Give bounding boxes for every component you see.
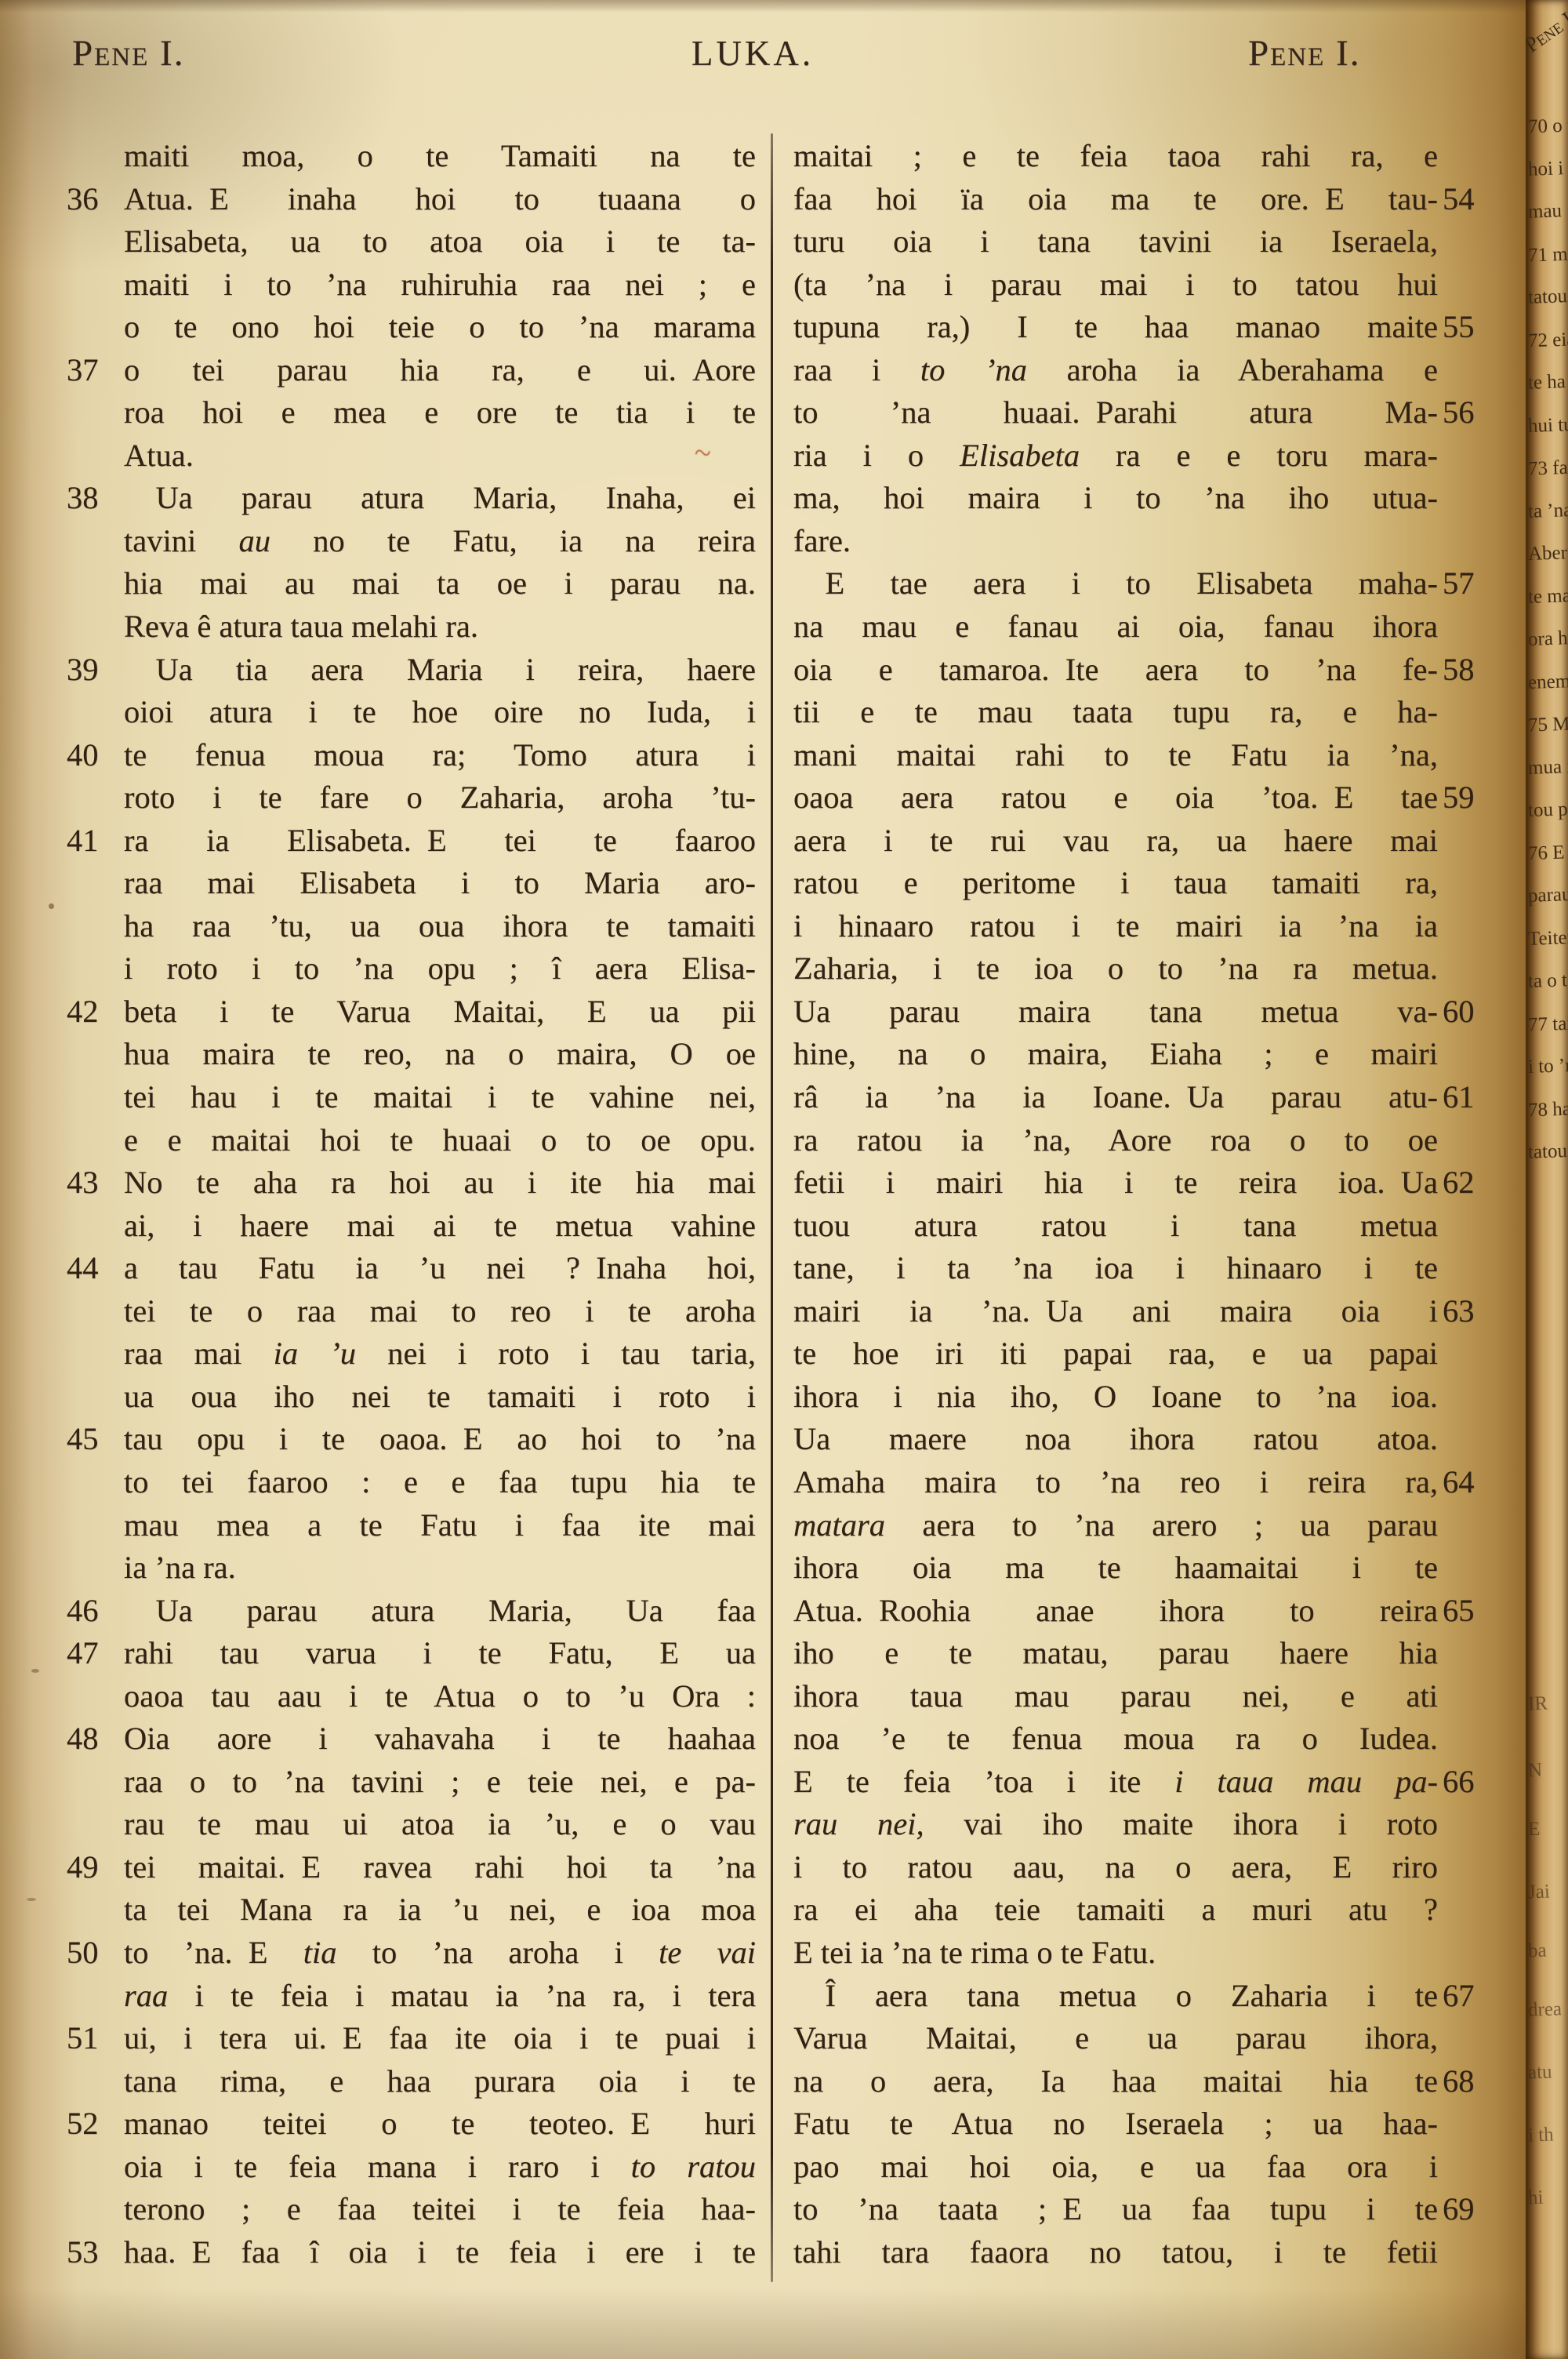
next-page-text-fragment: atu <box>1528 2062 1552 2083</box>
verse-line: raa i to ’na aroha ia Aberahama e <box>793 349 1438 392</box>
verse-line: Zaharia, i te ioa o to ’na ra metua. <box>793 947 1438 990</box>
verse-text: ia ’na ra. <box>124 1547 756 1590</box>
verse-text: to ’na huaai. Parahi atura Ma- <box>793 391 1438 434</box>
verse-line: 37o tei parau hia ra, e ui. Aore <box>124 349 756 392</box>
verse-line: 49tei maitai. E ravea rahi hoi ta ’na <box>124 1846 756 1889</box>
verse-line: maiti moa, o te Tamaiti na te <box>124 135 756 178</box>
verse-line: oaoa tau aau i te Atua o to ’u Ora : <box>124 1675 756 1718</box>
verse-text: ra ia Elisabeta. E tei te faaroo <box>124 820 756 863</box>
verse-line: 58oia e tamaroa. Ite aera to ’na fe- <box>793 649 1438 692</box>
verse-text: Atua. E inaha hoi to tuaana o <box>124 178 756 221</box>
next-page-text-fragment: 71 mai a <box>1528 243 1568 266</box>
verse-line: tii e te mau taata tupu ra, e ha- <box>793 691 1438 734</box>
verse-line: 38 Ua parau atura Maria, Inaha, ei <box>124 477 756 520</box>
next-page-text-fragment: IR <box>1528 1694 1548 1715</box>
next-page-text-fragment: te ha <box>1528 372 1566 394</box>
verse-number: 55 <box>1439 306 1505 349</box>
verse-number: 39 <box>67 649 118 692</box>
verse-text: rau te mau ui atoa ia ’u, e o vau <box>124 1803 756 1846</box>
verse-line: roa hoi e mea e ore te tia i te <box>124 391 756 434</box>
verse-number: 46 <box>67 1590 118 1633</box>
verse-line: 40te fenua moua ra; Tomo atura i <box>124 734 756 777</box>
verse-number: 67 <box>1439 1975 1505 2018</box>
verse-text: Atua. Roohia anae ihora to reira <box>793 1590 1438 1633</box>
verse-line: ra ei aha teie tamaiti a muri atu ? <box>793 1888 1438 1932</box>
next-page-text-fragment: hi <box>1528 2188 1544 2209</box>
running-head-right: Pene I. <box>1248 33 1360 74</box>
verse-number: 38 <box>67 477 118 520</box>
verse-line: oioi atura i te hoe oire no Iuda, i <box>124 691 756 734</box>
verse-line: 47rahi tau varua i te Fatu, E ua <box>124 1632 756 1675</box>
verse-line: tane, i ta ’na ioa i hinaaro i te <box>793 1247 1438 1290</box>
verse-number: 49 <box>67 1846 118 1889</box>
verse-text: ra ei aha teie tamaiti a muri atu ? <box>793 1888 1438 1932</box>
verse-text: pao mai hoi oia, e ua faa ora i <box>793 2146 1438 2189</box>
verse-text: tahi tara faaora no tatou, i te fetii <box>793 2231 1438 2274</box>
verse-number: 43 <box>67 1161 118 1205</box>
verse-text: raa i te feia i matau ia ’na ra, i tera <box>124 1975 756 2018</box>
verse-line: ha raa ’tu, ua oua ihora te tamaiti <box>124 905 756 948</box>
verse-line: i roto i to ’na opu ; î aera Elisa- <box>124 947 756 990</box>
verse-line: 53haa. E faa î oia i te feia i ere i te <box>124 2231 756 2274</box>
verse-line: terono ; e faa teitei i te feia haa- <box>124 2188 756 2231</box>
verse-line: i hinaaro ratou i te mairi ia ’na ia <box>793 905 1438 948</box>
verse-line: 68na o aera, Ia haa maitai hia te <box>793 2060 1438 2103</box>
verse-text: tei te o raa mai to reo i te aroha <box>124 1290 756 1333</box>
verse-text: tei maitai. E ravea rahi hoi ta ’na <box>124 1846 756 1889</box>
verse-text: ui, i tera ui. E faa ite oia i te puai i <box>124 2017 756 2060</box>
next-page-text-fragment: drea <box>1528 1999 1563 2020</box>
verse-text: (ta ’na i parau mai i to tatou hui <box>793 264 1438 307</box>
verse-number: 62 <box>1439 1161 1505 1205</box>
verse-text: ra ratou ia ’na, Aore roa o to oe <box>793 1119 1438 1162</box>
verse-line: ihora taua mau parau nei, e ati <box>793 1675 1438 1718</box>
verse-text: matara aera to ’na arero ; ua parau <box>793 1504 1438 1547</box>
verse-number: 64 <box>1439 1461 1505 1504</box>
verse-line: mau mea a te Fatu i faa ite mai <box>124 1504 756 1547</box>
verse-line: tana rima, e haa purara oia i te <box>124 2060 756 2103</box>
verse-number: 52 <box>67 2103 118 2146</box>
running-head-left: Pene I. <box>72 33 184 74</box>
next-page-text-fragment: Teitei <box>1528 928 1568 950</box>
verse-text: e e maitai hoi te huaai o to oe opu. <box>124 1119 756 1162</box>
verse-text: tei hau i te maitai i te vahine nei, <box>124 1076 756 1119</box>
verse-line: turu oia i tana tavini ia Iseraela, <box>793 220 1438 264</box>
verse-text: iho e te matau, parau haere hia <box>793 1632 1438 1675</box>
verse-text: Î aera tana metua o Zaharia i te <box>793 1975 1438 2018</box>
verse-line: raa mai Elisabeta i to Maria aro- <box>124 862 756 905</box>
verse-line: 66E te feia ’toa i ite i taua mau pa- <box>793 1761 1438 1804</box>
next-page-text-fragment: i th <box>1528 2125 1555 2146</box>
verse-line: 56to ’na huaai. Parahi atura Ma- <box>793 391 1438 434</box>
verse-line: (ta ’na i parau mai i to tatou hui <box>793 264 1438 307</box>
verse-text: Atua. <box>124 434 756 478</box>
verse-text: Ua maere noa ihora ratou atoa. <box>793 1418 1438 1461</box>
verse-text: E tae aera i to Elisabeta maha- <box>793 562 1438 605</box>
next-page-text-fragment: Jai <box>1528 1882 1551 1903</box>
verse-line: rau nei, vai iho maite ihora i roto <box>793 1803 1438 1846</box>
verse-line: ratou e peritome i taua tamaiti ra, <box>793 862 1438 905</box>
verse-line: 45tau opu i te oaoa. E ao hoi to ’na <box>124 1418 756 1461</box>
verse-text: Ua tia aera Maria i reira, haere <box>124 649 756 692</box>
verse-line: 36Atua. E inaha hoi to tuaana o <box>124 178 756 221</box>
verse-text: to ’na. E tia to ’na aroha i te vai <box>124 1932 756 1975</box>
verse-text: mau mea a te Fatu i faa ite mai <box>124 1504 756 1547</box>
verse-text: ha raa ’tu, ua oua ihora te tamaiti <box>124 905 756 948</box>
verse-number: 54 <box>1439 178 1505 221</box>
verse-line: ua oua iho nei te tamaiti i roto i <box>124 1376 756 1419</box>
verse-line: na mau e fanau ai oia, fanau ihora <box>793 605 1438 649</box>
verse-line: hua maira te reo, na o maira, O oe <box>124 1033 756 1076</box>
next-page-text-fragment: 70 o tan <box>1528 115 1568 138</box>
verse-text: Ua parau atura Maria, Ua faa <box>124 1590 756 1633</box>
verse-number: 53 <box>67 2231 118 2274</box>
verse-line: 69to ’na taata ; E ua faa tupu i te <box>793 2188 1438 2231</box>
verse-text: roto i te fare o Zaharia, aroha ’tu- <box>124 776 756 820</box>
page-speck <box>27 1898 36 1901</box>
verse-text: maiti i to ’na ruhiruhia raa nei ; e <box>124 264 756 307</box>
verse-text: oaoa tau aau i te Atua o to ’u Ora : <box>124 1675 756 1718</box>
verse-text: Reva ê atura taua melahi ra. <box>124 605 756 649</box>
verse-line: 51ui, i tera ui. E faa ite oia i te puai… <box>124 2017 756 2060</box>
next-page-text-fragment: ba <box>1528 1941 1548 1962</box>
next-page-text-fragment: hoi i <box>1528 158 1564 180</box>
verse-line: te hoe iri iti papai raa, e ua papai <box>793 1332 1438 1376</box>
verse-line: Fatu te Atua no Iseraela ; ua haa- <box>793 2103 1438 2146</box>
verse-text: o te ono hoi teie o to ’na marama <box>124 306 756 349</box>
verse-line: 59oaoa aera ratou e oia ’toa. E tae <box>793 776 1438 820</box>
verse-text: haa. E faa î oia i te feia i ere i te <box>124 2231 756 2274</box>
verse-number: 40 <box>67 734 118 777</box>
verse-text: tane, i ta ’na ioa i hinaaro i te <box>793 1247 1438 1290</box>
verse-line: 65Atua. Roohia anae ihora to reira <box>793 1590 1438 1633</box>
verse-line: 52manao teitei o te teoteo. E huri <box>124 2103 756 2146</box>
verse-line: aera i te rui vau ra, ua haere mai <box>793 820 1438 863</box>
next-page-text-fragment: 75 Ma te <box>1528 713 1568 736</box>
next-page-text-fragment: tou pu <box>1528 799 1568 821</box>
verse-line: o te ono hoi teie o to ’na marama <box>124 306 756 349</box>
next-page-text-fragment: 78 hara i <box>1528 1098 1568 1121</box>
verse-line: tahi tara faaora no tatou, i te fetii <box>793 2231 1438 2274</box>
verse-text: tuou atura ratou i tana metua <box>793 1205 1438 1248</box>
verse-text: Fatu te Atua no Iseraela ; ua haa- <box>793 2103 1438 2146</box>
verse-number: 50 <box>67 1932 118 1975</box>
page-speck <box>49 903 54 909</box>
verse-line: 63mairi ia ’na. Ua ani maira oia i <box>793 1290 1438 1333</box>
verse-number: 56 <box>1439 391 1505 434</box>
verse-number: 63 <box>1439 1290 1505 1333</box>
verse-text: tii e te mau taata tupu ra, e ha- <box>793 691 1438 734</box>
verse-line: 39 Ua tia aera Maria i reira, haere <box>124 649 756 692</box>
verse-text: tupuna ra,) I te haa manao maite <box>793 306 1438 349</box>
verse-number: 47 <box>67 1632 118 1675</box>
verse-text: fetii i mairi hia i te reira ioa. Ua <box>793 1161 1438 1205</box>
verse-text: Elisabeta, ua to atoa oia i te ta- <box>124 220 756 264</box>
next-page-text-fragment: N <box>1528 1761 1543 1782</box>
verse-text: manao teitei o te teoteo. E huri <box>124 2103 756 2146</box>
verse-line: 42beta i te Varua Maitai, E ua pii <box>124 990 756 1034</box>
verse-line: roto i te fare o Zaharia, aroha ’tu- <box>124 776 756 820</box>
verse-text: maitai ; e te feia taoa rahi ra, e <box>793 135 1438 178</box>
verse-text: oia e tamaroa. Ite aera to ’na fe- <box>793 649 1438 692</box>
verse-line: maitai ; e te feia taoa rahi ra, e <box>793 135 1438 178</box>
next-page-edge: Pene I 70 o tanhoi imau71 mai atatou72 e… <box>1526 0 1568 2359</box>
verse-text: i to ratou aau, na o aera, E riro <box>793 1846 1438 1889</box>
verse-number: 66 <box>1439 1761 1505 1804</box>
next-page-text-fragment: tatou <box>1528 1141 1568 1163</box>
verse-number: 59 <box>1439 776 1505 820</box>
verse-line: 67 Î aera tana metua o Zaharia i te <box>793 1975 1438 2018</box>
verse-text: oioi atura i te hoe oire no Iuda, i <box>124 691 756 734</box>
verse-number: 61 <box>1439 1076 1505 1119</box>
verse-text: i hinaaro ratou i te mairi ia ’na ia <box>793 905 1438 948</box>
verse-line: matara aera to ’na arero ; ua parau <box>793 1504 1438 1547</box>
verse-text: ihora oia ma te haamaitai i te <box>793 1547 1438 1590</box>
verse-text: maiti moa, o te Tamaiti na te <box>124 135 756 178</box>
next-page-text-fragment: ta ’na <box>1528 500 1568 522</box>
next-page-text-fragment: tatou <box>1528 286 1568 308</box>
verse-text: fare. <box>793 520 1438 563</box>
verse-text: i roto i to ’na opu ; î aera Elisa- <box>124 947 756 990</box>
next-page-text-fragment: ta o te <box>1528 970 1568 992</box>
verse-text: terono ; e faa teitei i te feia haa- <box>124 2188 756 2231</box>
verse-text: te hoe iri iti papai raa, e ua papai <box>793 1332 1438 1376</box>
verse-text: beta i te Varua Maitai, E ua pii <box>124 990 756 1034</box>
verse-line: 43No te aha ra hoi au i ite hia mai <box>124 1161 756 1205</box>
verse-text: raa o to ’na tavini ; e teie nei, e pa- <box>124 1761 756 1804</box>
verse-line: tavini au no te Fatu, ia na reira <box>124 520 756 563</box>
verse-line: 48Oia aore i vahavaha i te haahaa <box>124 1717 756 1761</box>
verse-text: mani maitai rahi to te Fatu ia ’na, <box>793 734 1438 777</box>
verse-text: oaoa aera ratou e oia ’toa. E tae <box>793 776 1438 820</box>
verse-line: 46 Ua parau atura Maria, Ua faa <box>124 1590 756 1633</box>
verse-text: raa mai Elisabeta i to Maria aro- <box>124 862 756 905</box>
next-page-text-fragment: 77 tai i te <box>1528 1012 1568 1035</box>
verse-text: hine, na o maira, Eiaha ; e mairi <box>793 1033 1438 1076</box>
verse-line: Atua. <box>124 434 756 478</box>
verse-line: E tei ia ’na te rima o te Fatu. <box>793 1932 1438 1975</box>
next-page-text-fragment: 72 eia ’t <box>1528 329 1568 351</box>
next-page-text-fragment: hui tu <box>1528 415 1568 437</box>
verse-text: ihora i nia iho, O Ioane to ’na ioa. <box>793 1376 1438 1419</box>
verse-number: 48 <box>67 1717 118 1761</box>
verse-line: to tei faaroo : e e faa tupu hia te <box>124 1461 756 1504</box>
verse-text: ihora taua mau parau nei, e ati <box>793 1675 1438 1718</box>
verse-text: tavini au no te Fatu, ia na reira <box>124 520 756 563</box>
verse-text: ai, i haere mai ai te metua vahine <box>124 1205 756 1248</box>
verse-line: tei te o raa mai to reo i te aroha <box>124 1290 756 1333</box>
verse-line: ria i o Elisabeta ra e e toru mara- <box>793 434 1438 478</box>
verse-line: Ua maere noa ihora ratou atoa. <box>793 1418 1438 1461</box>
verse-line: ta tei Mana ra ia ’u nei, e ioa moa <box>124 1888 756 1932</box>
verse-text: noa ’e te fenua moua ra o Iudea. <box>793 1717 1438 1761</box>
verse-text: E tei ia ’na te rima o te Fatu. <box>793 1932 1438 1975</box>
verse-text: na o aera, Ia haa maitai hia te <box>793 2060 1438 2103</box>
verse-line: hine, na o maira, Eiaha ; e mairi <box>793 1033 1438 1076</box>
verse-number: 68 <box>1439 2060 1505 2103</box>
verse-line: raa i te feia i matau ia ’na ra, i tera <box>124 1975 756 2018</box>
verse-line: raa mai ia ’u nei i roto i tau taria, <box>124 1332 756 1376</box>
verse-line: ma, hoi maira i to ’na iho utua- <box>793 477 1438 520</box>
verse-line: 54faa hoi ïa oia ma te ore. E tau- <box>793 178 1438 221</box>
verse-line: i to ratou aau, na o aera, E riro <box>793 1846 1438 1889</box>
verse-text: Zaharia, i te ioa o to ’na ra metua. <box>793 947 1438 990</box>
next-page-text-fragment: E <box>1528 1819 1541 1841</box>
verse-text: to ’na taata ; E ua faa tupu i te <box>793 2188 1438 2231</box>
verse-text: E te feia ’toa i ite i taua mau pa- <box>793 1761 1438 1804</box>
next-page-text-fragment: ora hi <box>1528 628 1568 650</box>
verse-line: Reva ê atura taua melahi ra. <box>124 605 756 649</box>
verse-line: ihora i nia iho, O Ioane to ’na ioa. <box>793 1376 1438 1419</box>
verse-text: Oia aore i vahavaha i te haahaa <box>124 1717 756 1761</box>
verse-line: oia i te feia mana i raro i to ratou <box>124 2146 756 2189</box>
verse-line: 60Ua parau maira tana metua va- <box>793 990 1438 1034</box>
verse-line: tuou atura ratou i tana metua <box>793 1205 1438 1248</box>
verse-number: 65 <box>1439 1590 1505 1633</box>
verse-number: 42 <box>67 990 118 1034</box>
verse-text: turu oia i tana tavini ia Iseraela, <box>793 220 1438 264</box>
verse-line: 44a tau Fatu ia ’u nei ? Inaha hoi, <box>124 1247 756 1290</box>
verse-line: mani maitai rahi to te Fatu ia ’na, <box>793 734 1438 777</box>
verse-line: 62fetii i mairi hia i te reira ioa. Ua <box>793 1161 1438 1205</box>
next-page-text-fragment: te ma <box>1528 586 1568 608</box>
verse-text: rau nei, vai iho maite ihora i roto <box>793 1803 1438 1846</box>
verse-number: 58 <box>1439 649 1505 692</box>
verse-text: raa i to ’na aroha ia Aberahama e <box>793 349 1438 392</box>
next-page-text-fragment: 73 faufaa <box>1528 456 1568 479</box>
verse-line: 41ra ia Elisabeta. E tei te faaroo <box>124 820 756 863</box>
verse-line: ai, i haere mai ai te metua vahine <box>124 1205 756 1248</box>
verse-number: 57 <box>1439 562 1505 605</box>
verse-text: roa hoi e mea e ore te tia i te <box>124 391 756 434</box>
verse-line: ia ’na ra. <box>124 1547 756 1590</box>
verse-text: Amaha maira to ’na reo i reira ra, <box>793 1461 1438 1504</box>
verse-line: e e maitai hoi te huaai o to oe opu. <box>124 1119 756 1162</box>
verse-text: rahi tau varua i te Fatu, E ua <box>124 1632 756 1675</box>
verse-number: 45 <box>67 1418 118 1461</box>
verse-number: 60 <box>1439 990 1505 1034</box>
verse-line: iho e te matau, parau haere hia <box>793 1632 1438 1675</box>
verse-line: 50to ’na. E tia to ’na aroha i te vai <box>124 1932 756 1975</box>
next-page-text-fragment: mua i <box>1528 757 1568 779</box>
verse-text: te fenua moua ra; Tomo atura i <box>124 734 756 777</box>
verse-number: 51 <box>67 2017 118 2060</box>
column-divider <box>771 133 773 2282</box>
verse-text: Varua Maitai, e ua parau ihora, <box>793 2017 1438 2060</box>
verse-number: 37 <box>67 349 118 392</box>
verse-text: hua maira te reo, na o maira, O oe <box>124 1033 756 1076</box>
verse-text: ria i o Elisabeta ra e e toru mara- <box>793 434 1438 478</box>
verse-line: tei hau i te maitai i te vahine nei, <box>124 1076 756 1119</box>
right-text-column: maitai ; e te feia taoa rahi ra, e54faa … <box>793 135 1438 2274</box>
verse-number: 69 <box>1439 2188 1505 2231</box>
verse-text: tana rima, e haa purara oia i te <box>124 2060 756 2103</box>
verse-text: aera i te rui vau ra, ua haere mai <box>793 820 1438 863</box>
verse-line: ra ratou ia ’na, Aore roa o to oe <box>793 1119 1438 1162</box>
verse-line: hia mai au mai ta oe i parau na. <box>124 562 756 605</box>
verse-text: ta tei Mana ra ia ’u nei, e ioa moa <box>124 1888 756 1932</box>
next-page-text-fragment: mau <box>1528 201 1563 222</box>
verse-text: Ua parau atura Maria, Inaha, ei <box>124 477 756 520</box>
verse-number: 36 <box>67 178 118 221</box>
verse-line: noa ’e te fenua moua ra o Iudea. <box>793 1717 1438 1761</box>
verse-line: Elisabeta, ua to atoa oia i te ta- <box>124 220 756 264</box>
verse-line: maiti i to ’na ruhiruhia raa nei ; e <box>124 264 756 307</box>
next-page-running-head: Pene I <box>1526 7 1568 57</box>
left-text-column: maiti moa, o te Tamaiti na te36Atua. E i… <box>124 135 756 2274</box>
verse-line: ihora oia ma te haamaitai i te <box>793 1547 1438 1590</box>
verse-line: rau te mau ui atoa ia ’u, e o vau <box>124 1803 756 1846</box>
scanned-book-page: Pene I. LUKA. Pene I. maiti moa, o te Ta… <box>0 0 1568 2359</box>
verse-text: tau opu i te oaoa. E ao hoi to ’na <box>124 1418 756 1461</box>
verse-text: râ ia ’na ia Ioane. Ua parau atu- <box>793 1076 1438 1119</box>
verse-line: Varua Maitai, e ua parau ihora, <box>793 2017 1438 2060</box>
next-page-text-fragment: i to ’n <box>1528 1056 1568 1078</box>
next-page-text-fragment: enemi <box>1528 671 1568 692</box>
verse-line: pao mai hoi oia, e ua faa ora i <box>793 2146 1438 2189</box>
verse-text: Ua parau maira tana metua va- <box>793 990 1438 1034</box>
page-speck <box>31 1669 39 1673</box>
verse-number: 44 <box>67 1247 118 1290</box>
verse-text: ratou e peritome i taua tamaiti ra, <box>793 862 1438 905</box>
verse-text: na mau e fanau ai oia, fanau ihora <box>793 605 1438 649</box>
verse-text: hia mai au mai ta oe i parau na. <box>124 562 756 605</box>
verse-line: 64Amaha maira to ’na reo i reira ra, <box>793 1461 1438 1504</box>
verse-text: o tei parau hia ra, e ui. Aore <box>124 349 756 392</box>
next-page-text-fragment: parau <box>1528 885 1568 907</box>
book-title: LUKA. <box>691 33 814 74</box>
next-page-text-fragment: 76 E o <box>1528 841 1568 863</box>
verse-text: faa hoi ïa oia ma te ore. E tau- <box>793 178 1438 221</box>
verse-text: to tei faaroo : e e faa tupu hia te <box>124 1461 756 1504</box>
verse-line: 61râ ia ’na ia Ioane. Ua parau atu- <box>793 1076 1438 1119</box>
verse-text: oia i te feia mana i raro i to ratou <box>124 2146 756 2189</box>
verse-line: raa o to ’na tavini ; e teie nei, e pa- <box>124 1761 756 1804</box>
verse-text: mairi ia ’na. Ua ani maira oia i <box>793 1290 1438 1333</box>
verse-text: a tau Fatu ia ’u nei ? Inaha hoi, <box>124 1247 756 1290</box>
verse-text: ma, hoi maira i to ’na iho utua- <box>793 477 1438 520</box>
verse-text: ua oua iho nei te tamaiti i roto i <box>124 1376 756 1419</box>
verse-line: 57 E tae aera i to Elisabeta maha- <box>793 562 1438 605</box>
verse-number: 41 <box>67 820 118 863</box>
next-page-text-fragment: Abera <box>1528 543 1568 565</box>
verse-line: 55tupuna ra,) I te haa manao maite <box>793 306 1438 349</box>
verse-text: No te aha ra hoi au i ite hia mai <box>124 1161 756 1205</box>
verse-line: fare. <box>793 520 1438 563</box>
verse-text: raa mai ia ’u nei i roto i tau taria, <box>124 1332 756 1376</box>
